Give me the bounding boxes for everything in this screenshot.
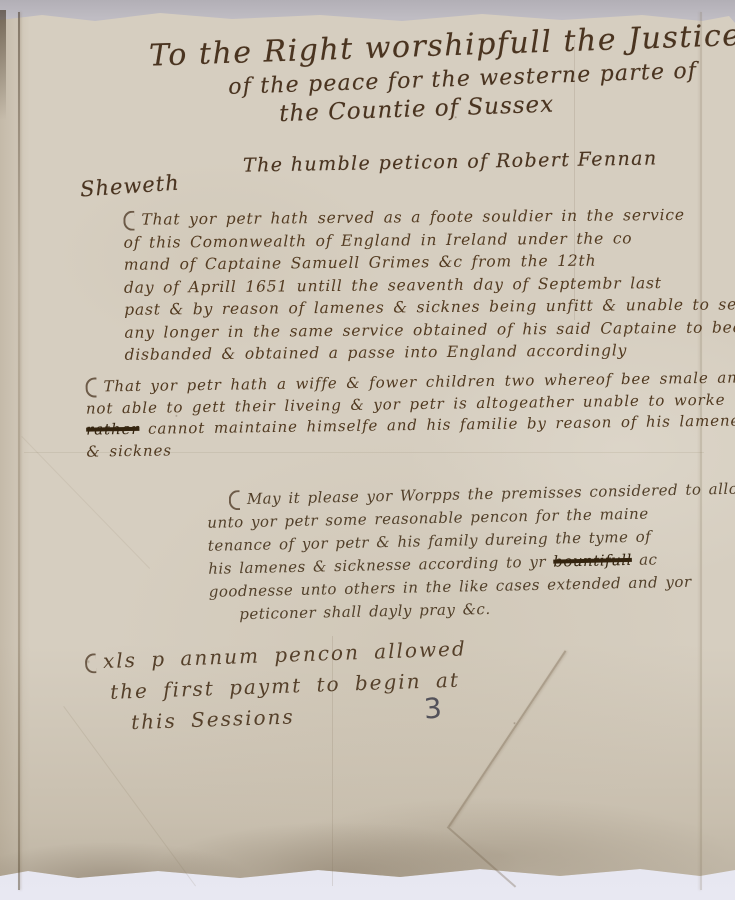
petition-prayer: May it please yor Worpps the premisses c… bbox=[207, 477, 735, 627]
clerk-order-note: xls p annum pencon allowed the first pay… bbox=[84, 633, 469, 739]
struck-out-word: rather bbox=[86, 420, 139, 439]
petition-paragraph-family: That yor petr hath a wiffe & fower child… bbox=[85, 367, 735, 462]
struck-out-word: bountifull bbox=[553, 551, 632, 571]
petition-paragraph-service: That yor petr hath served as a foote sou… bbox=[123, 203, 735, 366]
paragraph-mark bbox=[85, 653, 97, 673]
fold-crease-left bbox=[18, 12, 20, 890]
paragraph-mark bbox=[229, 490, 240, 510]
manuscript-scan: To the Right worshipfull the Justices of… bbox=[0, 0, 735, 900]
paragraph-mark bbox=[85, 377, 96, 397]
gutter-shadow bbox=[0, 10, 6, 120]
paragraph1-line: That yor petr hath served as a foote sou… bbox=[141, 206, 685, 229]
folio-number: 3 bbox=[423, 691, 443, 725]
prayer-line: ac bbox=[632, 550, 658, 569]
paragraph-mark bbox=[123, 211, 134, 231]
